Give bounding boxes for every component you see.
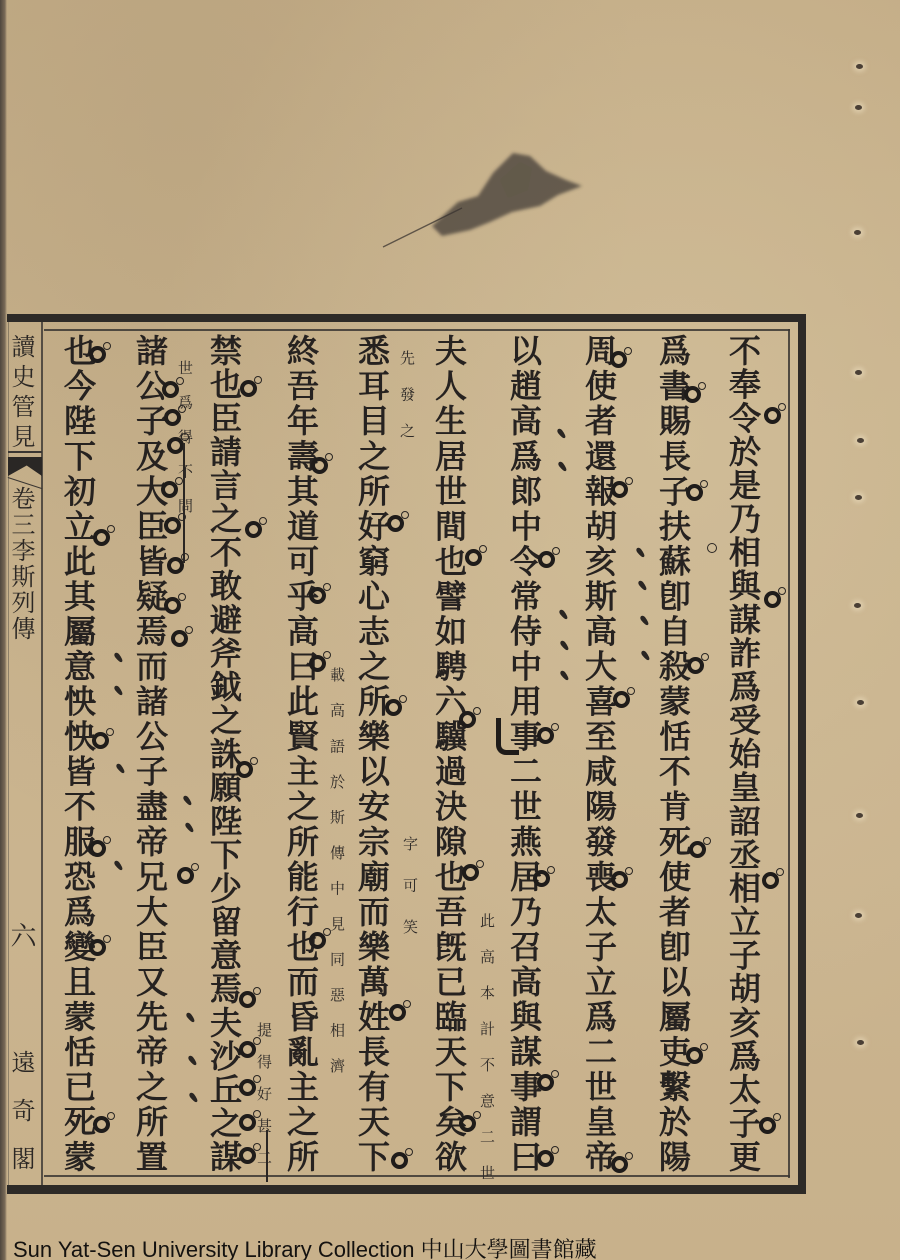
circle-mark xyxy=(93,1112,115,1132)
circle-mark xyxy=(389,1000,411,1020)
binding-hole xyxy=(855,370,862,375)
link-line xyxy=(266,1130,268,1182)
dot-mark xyxy=(639,615,650,627)
text-column-1: 不奉令於是乃相與謀詐爲受始皇詔丞相立子胡亥爲太子更 xyxy=(723,334,763,1172)
circle-mark xyxy=(311,453,333,473)
circle-mark xyxy=(391,1148,413,1168)
binding-hole xyxy=(857,1040,864,1045)
printer-mark: 遠奇閣 xyxy=(6,1050,36,1170)
circle-mark xyxy=(239,987,261,1007)
circle-mark xyxy=(759,1113,781,1133)
circle-mark xyxy=(538,547,560,567)
circle-mark xyxy=(762,868,784,888)
fish-tail-mark xyxy=(8,457,42,476)
frame-border-bottom xyxy=(7,1185,806,1194)
circle-mark xyxy=(239,1143,261,1163)
dot-mark xyxy=(558,609,569,621)
text-column-9: 諸公子及大臣皆疑焉而諸公子盡帝兄大臣又先帝之所置 xyxy=(130,334,170,1172)
dot-mark xyxy=(635,547,646,559)
leaf-number: 六 xyxy=(6,922,36,954)
circle-mark xyxy=(89,342,111,362)
frame-inner-line-right xyxy=(788,329,790,1178)
circle-mark xyxy=(89,836,111,856)
circle-mark xyxy=(537,1070,559,1090)
chapter-title: 李斯列傳 xyxy=(6,538,36,640)
text-column-8: 禁也臣請言之不敢避斧鉞之誅願陛下少留意焉夫沙丘之謀 xyxy=(204,334,244,1172)
dot-mark xyxy=(115,763,126,775)
circle-mark xyxy=(689,837,711,857)
collection-credit: Sun Yat-Sen University Library Collectio… xyxy=(13,1233,597,1260)
binding-hole xyxy=(854,603,861,608)
book-title: 讀史管見 xyxy=(6,334,36,448)
circle-mark xyxy=(89,935,111,955)
frame-inner-line-bottom xyxy=(44,1175,790,1177)
circle-mark xyxy=(171,626,193,646)
frame-inner-line-top xyxy=(44,329,790,331)
circle-mark xyxy=(177,863,199,883)
frame-border-top xyxy=(7,314,806,322)
text-column-10: 也今陛下初立此其屬意怏怏皆不服恐爲變且蒙恬已死蒙 xyxy=(58,334,98,1172)
binding-hole xyxy=(856,64,863,69)
circle-mark xyxy=(459,707,481,727)
dot-mark xyxy=(182,795,193,807)
dot-mark xyxy=(184,822,195,834)
circle-mark xyxy=(92,728,114,748)
dot-mark xyxy=(113,685,124,697)
circle-mark xyxy=(684,382,706,402)
circle-mark xyxy=(309,651,331,671)
frame-border-right xyxy=(798,314,806,1194)
binding-hole xyxy=(857,700,864,705)
circle-mark xyxy=(239,1075,261,1095)
text-column-3: 周使者還報胡亥斯高大喜至咸陽發喪太子立爲二世皇帝 xyxy=(579,334,619,1172)
circle-mark xyxy=(611,867,633,887)
binding-hole xyxy=(855,913,862,918)
circle-mark xyxy=(240,376,262,396)
dot-mark xyxy=(187,1055,198,1067)
circle-mark xyxy=(162,377,184,397)
circle-mark xyxy=(613,687,635,707)
circle-mark xyxy=(611,477,633,497)
circle-mark xyxy=(164,593,186,613)
dot-mark xyxy=(188,1092,199,1104)
circle-mark xyxy=(167,553,189,573)
annotation: 載高語於斯傳中見同惡相濟 xyxy=(328,667,346,1073)
circle-mark xyxy=(161,477,183,497)
dot-mark xyxy=(559,640,570,652)
circle-mark xyxy=(611,1152,633,1172)
circle-mark xyxy=(764,403,786,423)
margin-divider xyxy=(8,451,42,453)
binding-hole xyxy=(855,495,862,500)
dot-mark xyxy=(559,670,570,682)
circle-mark xyxy=(93,525,115,545)
binding-hole xyxy=(855,105,862,110)
circle-mark xyxy=(462,860,484,880)
circle-mark xyxy=(167,433,189,453)
volume-label: 卷三 xyxy=(6,486,36,536)
circle-mark xyxy=(465,545,487,565)
circle-mark xyxy=(686,1043,708,1063)
circle-mark xyxy=(239,1037,261,1057)
circle-mark xyxy=(687,653,709,673)
circle-mark xyxy=(309,928,331,948)
circle-mark xyxy=(533,866,555,886)
section-bracket-mark xyxy=(496,718,519,755)
text-column-6: 悉耳目之所好窮心志之所樂以安宗廟而樂萬姓長有天下 xyxy=(352,334,392,1172)
text-column-5: 夫人生居世間也譬如騁六驥過決隙也吾旣已臨天下矣欲 xyxy=(429,334,469,1172)
circle-mark xyxy=(385,695,407,715)
circle-mark xyxy=(245,517,267,537)
annotation: 字可笑 xyxy=(401,836,419,934)
circle-mark xyxy=(537,1146,559,1166)
binding-hole xyxy=(854,230,861,235)
circle-mark xyxy=(764,587,786,607)
dot-mark xyxy=(640,650,651,662)
annotation: 此高本計不意二世 xyxy=(478,913,496,1180)
binding-hole xyxy=(856,813,863,818)
circle-mark xyxy=(459,1111,481,1131)
circle-mark xyxy=(537,723,559,743)
link-line xyxy=(183,443,185,563)
binding-hole xyxy=(857,438,864,443)
circle-mark xyxy=(387,511,409,531)
circle-mark xyxy=(686,480,708,500)
circle-mark xyxy=(239,1110,261,1130)
small-circle-mark xyxy=(707,543,717,553)
circle-mark xyxy=(309,583,331,603)
annotation: 先發之 xyxy=(398,350,416,438)
dot-mark xyxy=(556,428,567,440)
dot-mark xyxy=(557,461,568,473)
dot-mark xyxy=(185,1012,196,1024)
dot-mark xyxy=(113,652,124,664)
circle-mark xyxy=(236,757,258,777)
dot-mark xyxy=(637,580,648,592)
circle-mark xyxy=(610,347,632,367)
circle-mark xyxy=(164,405,186,425)
ink-smudge xyxy=(380,140,590,255)
dot-mark xyxy=(113,860,124,872)
